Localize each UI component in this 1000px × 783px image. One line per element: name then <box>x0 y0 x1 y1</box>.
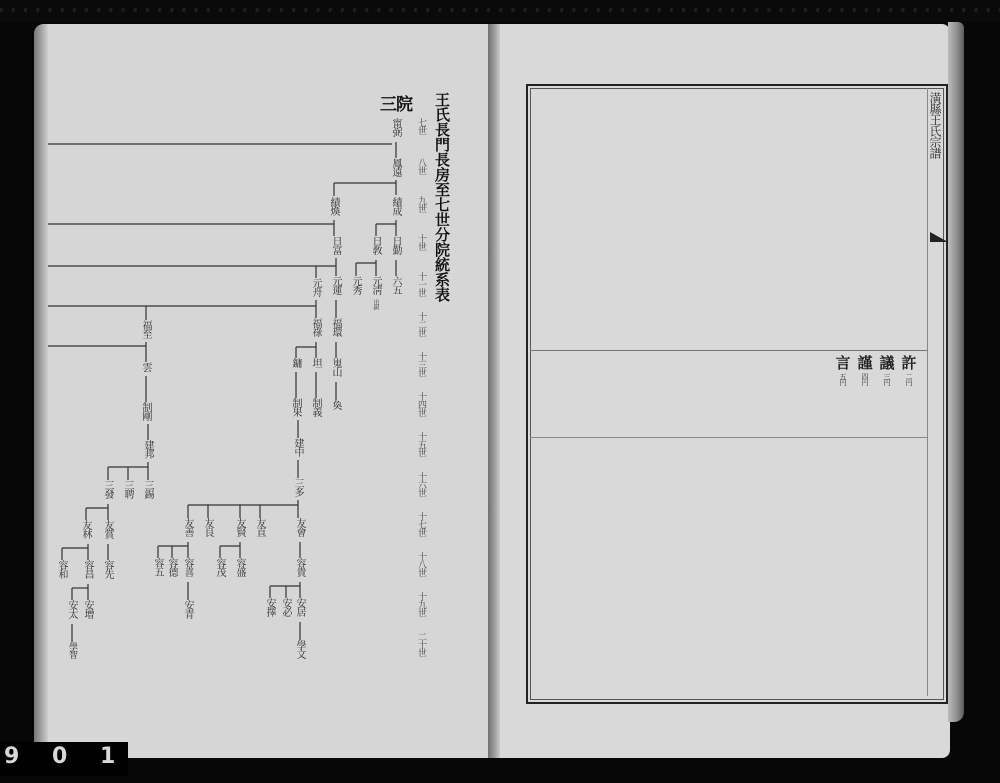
person-name: 績煥 <box>328 197 339 215</box>
person-name: 嵬山 <box>330 358 341 376</box>
person-name: 福祿 <box>310 318 321 336</box>
adoption-note: 出嗣 <box>372 299 378 309</box>
person-name: 績成 <box>390 197 401 215</box>
person-name: 學智 <box>66 642 77 658</box>
person-name: 友善 <box>182 518 193 536</box>
price-word: 謹 <box>854 352 876 373</box>
price-word: 言 <box>832 352 854 373</box>
reel-digit: 1 <box>100 744 115 769</box>
person-name: 建邦 <box>142 440 153 458</box>
generation-label: 九世 <box>416 196 425 212</box>
person-name: 元淸 <box>370 276 381 294</box>
person-name: 友林 <box>80 520 91 538</box>
person-name: 三錫 <box>142 480 153 498</box>
person-name: 福至 <box>140 320 151 338</box>
person-name: 制果 <box>290 398 301 416</box>
person-name: 制義 <box>310 398 321 416</box>
person-name: 鳳遠 <box>390 158 401 176</box>
person-name: 學文 <box>294 640 305 658</box>
person-name: 元秀 <box>350 276 361 294</box>
generation-label: 十七世 <box>416 512 425 536</box>
generation-label: 十九世 <box>416 592 425 616</box>
price-value: 四円 <box>861 373 869 385</box>
person-name: 友會 <box>294 518 305 536</box>
price-item: 謹 四円 <box>854 352 876 385</box>
person-name: 容五 <box>152 558 163 576</box>
generation-label: 十六世 <box>416 472 425 496</box>
chart-title: 王氏長門長房至七世分院統系表 <box>432 92 453 302</box>
person-name: 日勤 <box>390 236 401 254</box>
price-item: 議 三円 <box>876 352 898 385</box>
person-name: 建中 <box>292 438 303 456</box>
price-item: 許 二円 <box>898 352 920 385</box>
person-name: 友良 <box>202 518 213 536</box>
price-item: 言 五円 <box>832 352 854 385</box>
price-value: 三円 <box>883 373 891 385</box>
person-name: 福環 <box>330 318 341 336</box>
person-name: 鏞 <box>290 358 301 367</box>
person-name: 友賢 <box>234 518 245 536</box>
person-name: 三多 <box>292 478 303 496</box>
reel-digit: 9 <box>4 744 19 769</box>
person-name: 容盛 <box>234 558 245 576</box>
generation-label: 十二世 <box>416 312 425 336</box>
generation-label: 十八世 <box>416 552 425 576</box>
person-name: 容茂 <box>214 558 225 576</box>
fishtail-icon <box>930 232 948 242</box>
person-name: 日富 <box>330 236 341 254</box>
person-name: 容和 <box>56 560 67 578</box>
person-name: 制剛 <box>140 402 151 420</box>
branch-label: 三院 <box>380 90 412 115</box>
person-name: 友賞 <box>102 520 113 538</box>
person-name: 容喜 <box>182 558 193 576</box>
person-name: 日敎 <box>370 236 381 254</box>
person-name: 三聘 <box>122 480 133 498</box>
generation-label: 十一世 <box>416 272 425 296</box>
person-name: 安太 <box>66 600 77 618</box>
price-word: 議 <box>876 352 898 373</box>
generation-label: 十三世 <box>416 352 425 376</box>
person-name: 安增 <box>82 600 93 618</box>
person-name: 雲 <box>140 362 151 371</box>
person-name: 容貴 <box>294 558 305 576</box>
frame-spine-line <box>927 88 928 696</box>
person-name: 安居 <box>294 598 305 616</box>
page-frame <box>526 84 948 704</box>
price-value: 二円 <box>905 373 913 385</box>
generation-label: 十四世 <box>416 392 425 416</box>
person-name: 元蓮 <box>330 276 341 294</box>
person-name: 安擇 <box>264 598 275 616</box>
person-name: 容昌 <box>82 560 93 578</box>
price-word: 許 <box>898 352 920 373</box>
person-name: 三發 <box>102 480 113 498</box>
generation-label: 十世 <box>416 234 425 250</box>
film-reel-number: 9 0 1 <box>0 742 128 776</box>
generation-label: 七世 <box>416 118 425 134</box>
person-name: 友直 <box>254 518 265 536</box>
person-name: 六五 <box>390 276 401 294</box>
person-name: 容德 <box>166 558 177 576</box>
person-name: 元舟 <box>310 278 321 296</box>
person-name: 甯弼 <box>390 118 401 136</box>
frame-divider <box>530 437 928 438</box>
frame-divider <box>530 350 928 351</box>
reel-digit: 0 <box>52 744 67 769</box>
spine-title: 潢縣王氏宗譜 <box>932 92 946 158</box>
person-name: 安必 <box>280 598 291 616</box>
person-name: 安青 <box>182 600 193 618</box>
person-name: 坦 <box>310 358 321 367</box>
person-name: 奐 <box>330 400 341 409</box>
generation-label: 八世 <box>416 158 425 174</box>
generation-label: 十五世 <box>416 432 425 456</box>
person-name: 容先 <box>102 560 113 578</box>
price-value: 五円 <box>839 373 847 385</box>
generation-label: 二十世 <box>416 632 425 656</box>
